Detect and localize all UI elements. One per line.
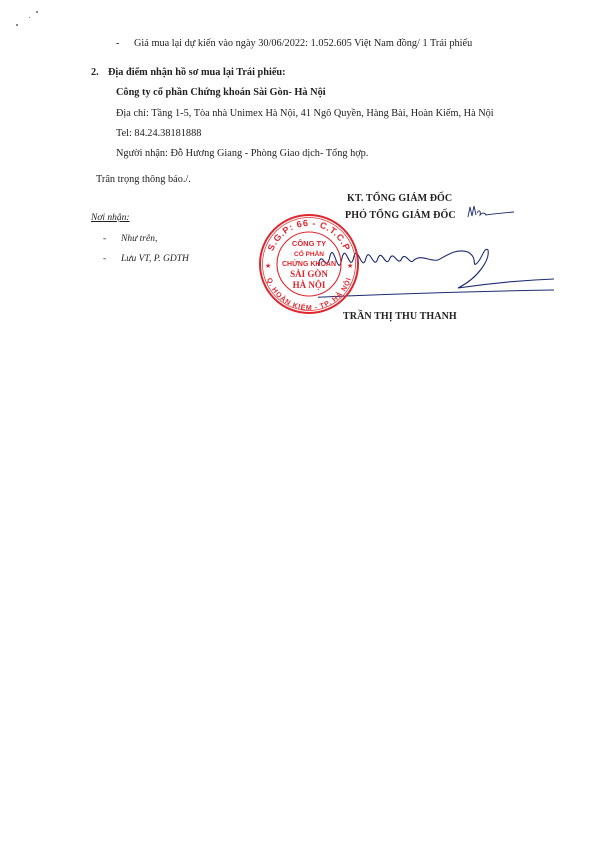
svg-text:★: ★: [265, 262, 271, 270]
signer-name: TRẦN THỊ THU THANH: [343, 311, 457, 322]
scan-speck: [16, 24, 18, 26]
svg-text:HÀ NỘI: HÀ NỘI: [293, 280, 326, 290]
bullet-dash: -: [103, 253, 121, 266]
repurchase-price-line: -Giá mua lại dự kiến vào ngày 30/06/2022…: [116, 37, 472, 50]
scan-speck: [29, 17, 30, 18]
recipient-item: -Như trên,: [103, 233, 157, 246]
recipient-item-text: Lưu VT, P. GDTH: [121, 254, 189, 264]
section-number: 2.: [91, 66, 108, 79]
company-address: Địa chỉ: Tầng 1-5, Tòa nhà Unimex Hà Nội…: [116, 107, 494, 120]
svg-text:★: ★: [347, 262, 353, 270]
bullet-dash: -: [103, 233, 121, 246]
svg-text:SÀI GÒN: SÀI GÒN: [290, 269, 328, 279]
company-tel: Tel: 84.24.38181888: [116, 127, 201, 140]
signature-title-line1: KT. TỔNG GIÁM ĐỐC: [347, 193, 452, 204]
svg-text:CHỨNG KHOÁN: CHỨNG KHOÁN: [282, 259, 336, 268]
scan-speck: [36, 11, 38, 13]
repurchase-price-text: Giá mua lại dự kiến vào ngày 30/06/2022:…: [134, 38, 472, 49]
recipient-item: -Lưu VT, P. GDTH: [103, 253, 189, 266]
document-page: -Giá mua lại dự kiến vào ngày 30/06/2022…: [0, 0, 595, 842]
company-seal: S.G.P: 66 - C.T.C.P Q. HOÀN KIẾM - TP. H…: [257, 212, 361, 316]
recipient-item-text: Như trên,: [121, 234, 157, 244]
signature-title-line2: PHÓ TỔNG GIÁM ĐỐC: [345, 210, 456, 221]
initials-mark: [466, 203, 516, 223]
svg-text:CÔNG TY: CÔNG TY: [292, 239, 326, 248]
section2-heading: 2.Địa điểm nhận hồ sơ mua lại Trái phiếu…: [91, 66, 286, 79]
closing-text: Trân trọng thông báo./.: [96, 173, 191, 186]
company-name: Công ty cổ phần Chứng khoán Sài Gòn- Hà …: [116, 86, 326, 99]
recipient-person: Người nhận: Đỗ Hương Giang - Phòng Giao …: [116, 147, 368, 160]
svg-text:CỔ PHẦN: CỔ PHẦN: [294, 248, 324, 258]
bullet-dash: -: [116, 37, 134, 50]
section-heading-text: Địa điểm nhận hồ sơ mua lại Trái phiếu:: [108, 67, 286, 78]
recipients-title: Nơi nhận:: [91, 212, 130, 225]
